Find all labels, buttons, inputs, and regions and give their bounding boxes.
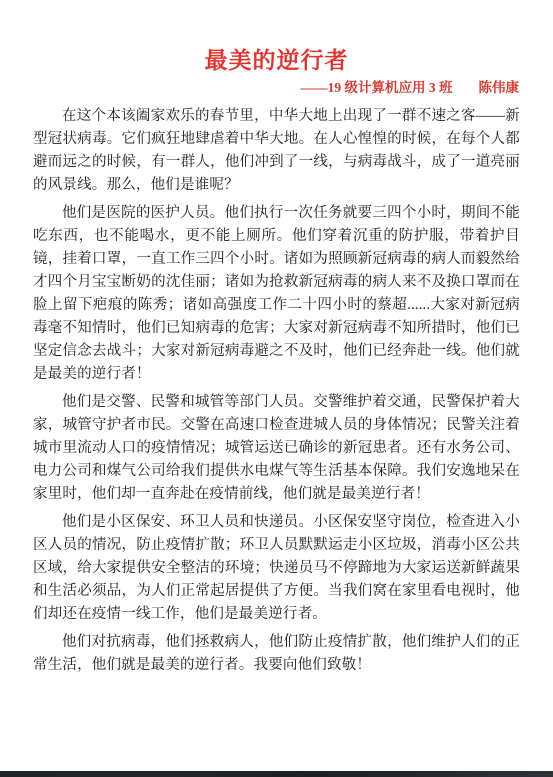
paragraph: 他们是交警、民警和城管等部门人员。交警维护着交通，民警保护着大家，城管守护者市民… (33, 391, 520, 506)
paragraph: 他们对抗病毒，他们拯救病人，他们防止疫情扩散，他们维护人们的正常生活，他们就是最… (33, 631, 520, 677)
window-bottom-edge (0, 771, 553, 777)
paragraph: 他们是医院的医护人员。他们执行一次任务就要三四个小时，期间不能吃东西，也不能喝水… (33, 202, 520, 386)
byline-author: 陈伟康 (479, 78, 520, 98)
paragraph: 他们是小区保安、环卫人员和快递员。小区保安坚守岗位，检查进入小区人员的情况，防止… (33, 511, 520, 626)
document-page: 最美的逆行者 ——19 级计算机应用 3 班陈伟康 在这个本该阖家欢乐的春节里，… (0, 0, 553, 777)
essay-body: 在这个本该阖家欢乐的春节里，中华大地上出现了一群不速之客——新型冠状病毒。它们疯… (33, 105, 520, 677)
page-title: 最美的逆行者 (33, 44, 520, 76)
byline-class: ——19 级计算机应用 3 班 (301, 80, 453, 95)
byline: ——19 级计算机应用 3 班陈伟康 (33, 78, 520, 98)
paragraph: 在这个本该阖家欢乐的春节里，中华大地上出现了一群不速之客——新型冠状病毒。它们疯… (33, 105, 520, 197)
